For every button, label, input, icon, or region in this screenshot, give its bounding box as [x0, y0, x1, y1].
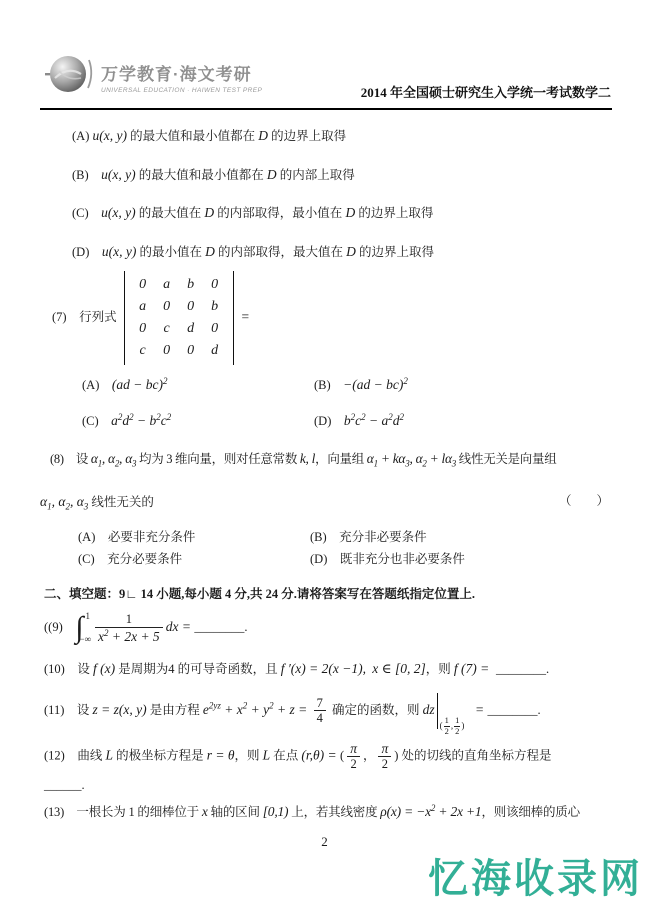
math-run: f (x) — [93, 661, 115, 676]
exam-body: (A) u(x, y) 的最大值和最小值都在 D 的边界上取得(B) u(x, … — [0, 110, 649, 821]
text-run: 在点 — [270, 748, 301, 762]
text-run: (10) 设 — [44, 662, 93, 676]
block-q7-options-row1: (A) (ad − bc)2(B) −(ad − bc)2 — [40, 375, 609, 395]
block-q8-options-row2: (C) 充分必要条件(D) 既非充分也非必要条件 — [40, 550, 609, 568]
math-run: D — [258, 128, 268, 143]
logo-en-text: UNIVERSAL EDUCATION · HAIWEN TEST PREP — [101, 87, 262, 94]
page-header: 万学教育·海文考研 UNIVERSAL EDUCATION · HAIWEN T… — [0, 0, 649, 103]
block-q6-option-c: (C) u(x, y) 的最大值在 D 的内部取得，最小值在 D 的边界上取得 — [40, 203, 609, 223]
text-run: (D) 既非充分也非必要条件 — [310, 552, 465, 566]
determinant-matrix: 0ab0a00b0cd0c00d — [124, 271, 234, 365]
math-run: D — [204, 205, 214, 220]
math-run: π — [381, 741, 388, 756]
math-run: , α — [102, 451, 115, 466]
text-run: ( — [440, 721, 443, 731]
block-q7-stem: (7) 行列式0ab0a00b0cd0c00d= — [40, 271, 609, 365]
option-cell: (A) 必要非充分条件 — [78, 528, 310, 546]
block-q12-line2: ______. — [40, 776, 609, 794]
superscript: 2 — [399, 412, 404, 422]
math-run: + z = — [274, 702, 311, 717]
option-cell: (A) (ad − bc)2 — [82, 375, 314, 395]
text-run: 2 — [382, 757, 388, 771]
math-fraction: π2 — [378, 741, 391, 772]
math-run: a — [111, 413, 118, 428]
text-run: ，则 — [426, 662, 454, 676]
text-run: 线性无关的 — [88, 495, 154, 509]
text-run: ， — [363, 748, 376, 762]
math-run: b — [344, 413, 351, 428]
text-run: 的极坐标方程是 — [113, 748, 207, 762]
math-fraction: π2 — [347, 741, 360, 772]
block-q11: (11) 设 z = z(x, y) 是由方程 e2yz + x2 + y2 +… — [40, 693, 609, 729]
text-run: (D) — [314, 414, 344, 428]
text-run: (B) 充分非必要条件 — [310, 530, 427, 544]
exam-title: 2014 年全国硕士研究生入学统一考试数学二 — [361, 82, 611, 101]
math-run: α — [91, 451, 98, 466]
text-run: 的内部取得，最大值在 — [215, 245, 346, 259]
text-run: 的最大值在 — [136, 206, 205, 220]
block-q10: (10) 设 f (x) 是周期为4 的可导奇函数，且 f ′(x) = 2(x… — [40, 659, 609, 679]
math-run: (ad − bc) — [112, 377, 163, 392]
text-run: (C) — [82, 414, 111, 428]
option-cell: (C) 充分必要条件 — [78, 550, 310, 568]
text-run: 的边界上取得 — [355, 206, 433, 220]
math-fraction: 12 — [454, 716, 460, 737]
math-run: + kα — [378, 451, 405, 466]
text-run: ) — [461, 721, 464, 731]
math-run: u(x, y) — [101, 167, 135, 182]
text-run: 的边界上取得 — [356, 245, 434, 259]
math-run: f (7) — [454, 661, 477, 676]
math-run: + 2x + 5 — [108, 629, 159, 644]
math-run: = — [178, 619, 194, 634]
math-run: D — [345, 205, 355, 220]
math-run: (r,θ) = — [301, 747, 340, 762]
math-fraction: 1x2 + 2x + 5 — [95, 612, 163, 644]
math-run: dx — [166, 619, 179, 634]
math-run: , α — [52, 494, 66, 509]
text-run: , — [451, 721, 453, 731]
integral-sign: ∫1−∞ — [75, 609, 91, 647]
block-q6-option-a: (A) u(x, y) 的最大值和最小值都在 D 的边界上取得 — [40, 126, 609, 146]
text-run: ，则 — [234, 748, 262, 762]
block-q6-option-b: (B) u(x, y) 的最大值和最小值都在 D 的内部上取得 — [40, 165, 609, 185]
text-run: 是由方程 — [147, 703, 203, 717]
option-cell: (B) 充分非必要条件 — [310, 528, 427, 546]
text-run: 2 — [455, 726, 459, 736]
math-run: D — [346, 244, 356, 259]
evaluation-bar: (12,12) — [437, 693, 472, 729]
text-run: (12) 曲线 — [44, 748, 105, 762]
math-fraction: 12 — [444, 716, 450, 737]
text-run: 轴的区间 — [208, 805, 263, 819]
text-run: (A) — [72, 129, 92, 143]
option-cell: (D) b2c2 − a2d2 — [314, 411, 404, 431]
block-q6-option-d: (D) u(x, y) 的最小值在 D 的内部取得，最大值在 D 的边界上取得 — [40, 242, 609, 262]
logo-cn-text: 万学教育·海文考研 — [101, 60, 262, 85]
globe-icon — [45, 50, 97, 103]
math-run: r = θ — [207, 747, 235, 762]
text-run: 4 — [317, 711, 323, 725]
text-run: ________. — [194, 620, 247, 634]
text-run: (B) — [72, 168, 101, 182]
text-run: (13) 一根长为 1 的细棒位于 — [44, 805, 202, 819]
block-q8-options-row1: (A) 必要非充分条件(B) 充分非必要条件 — [40, 528, 609, 546]
text-run: 1 — [445, 715, 449, 725]
text-run: (C) — [72, 206, 101, 220]
option-cell: (D) 既非充分也非必要条件 — [310, 550, 465, 568]
text-run: (8) 设 — [50, 452, 91, 466]
text-run: 线性无关是向量组 — [456, 452, 556, 466]
option-cell: (C) a2d2 − b2c2 — [82, 411, 314, 431]
text-run: 的最小值在 — [136, 245, 205, 259]
text-run: ( — [340, 748, 344, 762]
math-run: = — [477, 661, 496, 676]
math-run: α — [367, 451, 374, 466]
text-run: ______. — [44, 778, 85, 792]
math-run: − b — [134, 413, 157, 428]
math-run: + 2x +1 — [435, 804, 481, 819]
text-run: 1 — [126, 612, 132, 626]
block-q9: ((9) ∫1−∞1x2 + 2x + 5dx = ________. — [40, 609, 609, 647]
math-fraction: 74 — [314, 696, 326, 726]
text-run: 7 — [317, 696, 323, 710]
math-run: L — [105, 747, 113, 762]
math-run: ρ(x) = −x — [380, 804, 431, 819]
text-run: 的最大值和最小值都在 — [127, 129, 258, 143]
text-run: （ ） — [559, 494, 609, 508]
math-run: , α — [409, 451, 422, 466]
text-run: 上，若其线密度 — [288, 805, 380, 819]
block-q12-line1: (12) 曲线 L 的极坐标方程是 r = θ，则 L 在点 (r,θ) = (… — [40, 741, 609, 772]
text-run: 的内部取得，最小值在 — [214, 206, 345, 220]
math-run: −(ad − bc) — [343, 377, 403, 392]
text-run: ________. — [496, 662, 549, 676]
option-cell: (B) −(ad − bc)2 — [314, 375, 408, 395]
math-run: + y — [247, 702, 269, 717]
block-q13: (13) 一根长为 1 的细棒位于 x 轴的区间 [0,1) 上，若其线密度 ρ… — [40, 802, 609, 822]
superscript: 2 — [403, 376, 408, 386]
text-run: 2 — [350, 757, 356, 771]
superscript: 2yz — [209, 700, 221, 710]
math-run: = — [472, 702, 488, 717]
math-run: + lα — [427, 451, 452, 466]
math-run: u(x, y) — [101, 205, 135, 220]
block-q7-options-row2: (C) a2d2 − b2c2(D) b2c2 − a2d2 — [40, 411, 609, 431]
text-run: (7) 行列式 — [52, 310, 117, 324]
math-run: f ′(x) = 2(x −1), — [281, 661, 366, 676]
math-run: [0,1) — [263, 804, 289, 819]
text-run: ________. — [487, 703, 540, 717]
math-run: k, l — [300, 451, 315, 466]
math-run: L — [263, 747, 271, 762]
math-run: dz — [423, 702, 435, 717]
block-q8-line2: α1, α2, α3 线性无关的（ ） — [40, 492, 609, 514]
text-run: 是周期为4 的可导奇函数，且 — [115, 662, 281, 676]
text-run: (D) — [72, 245, 102, 259]
block-section2-title: 二、填空题：9∟ 14 小题,每小题 4 分,共 24 分.请将答案写在答题纸指… — [40, 585, 609, 603]
math-run: , α — [119, 451, 132, 466]
math-run: , α — [70, 494, 84, 509]
text-run: 的边界上取得 — [268, 129, 346, 143]
text-run: (A) — [82, 378, 112, 392]
watermark: 忆海收录网 — [428, 847, 643, 904]
text-run: ((9) — [44, 620, 75, 634]
text-run: 均为 3 维向量，则对任意常数 — [136, 452, 300, 466]
text-run: ，向量组 — [315, 452, 367, 466]
brand-logo: 万学教育·海文考研 UNIVERSAL EDUCATION · HAIWEN T… — [45, 50, 262, 103]
math-run: + x — [221, 702, 243, 717]
math-run: π — [350, 741, 357, 756]
text-run: (A) 必要非充分条件 — [78, 530, 195, 544]
text-run: 处的切线的直角坐标方程是 — [398, 748, 551, 762]
page: 万学教育·海文考研 UNIVERSAL EDUCATION · HAIWEN T… — [0, 0, 649, 821]
text-run: 的最大值和最小值都在 — [136, 168, 267, 182]
text-run: 1 — [455, 715, 459, 725]
block-q8-line1: (8) 设 α1, α2, α3 均为 3 维向量，则对任意常数 k, l，向量… — [40, 449, 609, 471]
math-run: = — [241, 309, 250, 324]
math-run: u(x, y) — [92, 128, 126, 143]
math-run: z = z(x, y) — [93, 702, 147, 717]
answer-bracket: （ ） — [559, 492, 609, 514]
math-run: D — [205, 244, 215, 259]
superscript: 2 — [163, 376, 168, 386]
math-run: u(x, y) — [102, 244, 136, 259]
text-run: ，则该细棒的质心 — [481, 805, 579, 819]
text-run: (11) 设 — [44, 703, 93, 717]
math-run: − a — [366, 413, 389, 428]
text-run: 2 — [445, 726, 449, 736]
math-run: x ∈ [0, 2] — [372, 661, 426, 676]
text-run: (C) 充分必要条件 — [78, 552, 182, 566]
text-run: 的内部上取得 — [277, 168, 355, 182]
text-run: 确定的函数，则 — [329, 703, 423, 717]
text-run: (B) — [314, 378, 343, 392]
text-run: 二、填空题：9∟ 14 小题,每小题 4 分,共 24 分.请将答案写在答题纸指… — [44, 587, 475, 601]
superscript: 2 — [167, 412, 172, 422]
math-run: D — [267, 167, 277, 182]
